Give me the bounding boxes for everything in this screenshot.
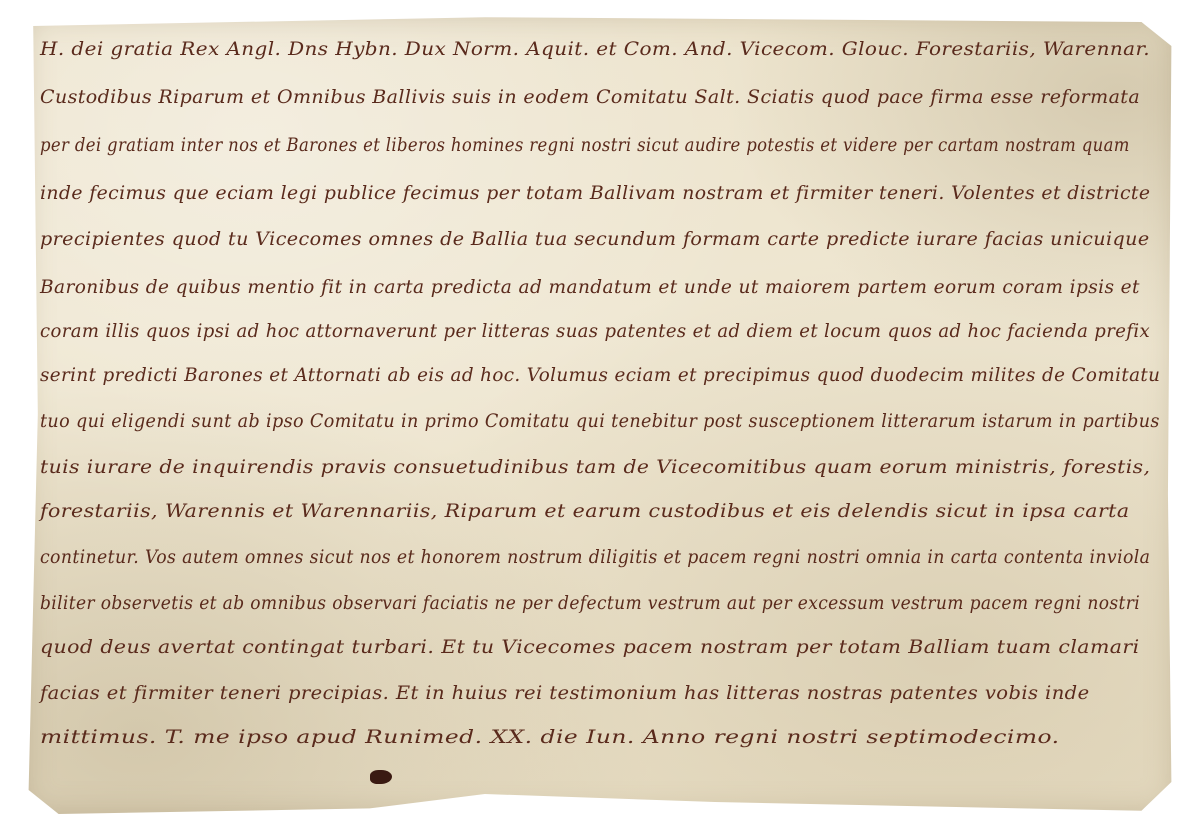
charter-line-4: inde fecimus que eciam legi publice feci…	[40, 182, 1150, 204]
charter-line-13: biliter observetis et ab omnibus observa…	[40, 592, 1140, 614]
charter-line-6: Baronibus de quibus mentio fit in carta …	[40, 276, 1140, 298]
charter-line-12: continetur. Vos autem omnes sicut nos et…	[40, 546, 1150, 568]
charter-line-10: tuis iurare de inquirendis pravis consue…	[40, 456, 1150, 478]
charter-line-3: per dei gratiam inter nos et Barones et …	[40, 134, 1130, 156]
charter-line-8: serint predicti Barones et Attornati ab …	[40, 364, 1160, 386]
charter-line-14: quod deus avertat contingat turbari. Et …	[40, 636, 1140, 658]
charter-line-5: precipientes quod tu Vicecomes omnes de …	[40, 228, 1150, 250]
charter-line-1: H. dei gratia Rex Angl. Dns Hybn. Dux No…	[40, 38, 1150, 60]
charter-line-15: facias et firmiter teneri precipias. Et …	[40, 682, 1090, 704]
charter-line-11: forestariis, Warennis et Warennariis, Ri…	[40, 500, 1130, 522]
charter-line-9: tuo qui eligendi sunt ab ipso Comitatu i…	[40, 410, 1160, 432]
charter-line-16: mittimus. T. me ipso apud Runimed. XX. d…	[40, 726, 1060, 748]
charter-line-7: coram illis quos ipsi ad hoc attornaveru…	[40, 320, 1150, 342]
charter-line-2: Custodibus Riparum et Omnibus Ballivis s…	[40, 86, 1140, 108]
